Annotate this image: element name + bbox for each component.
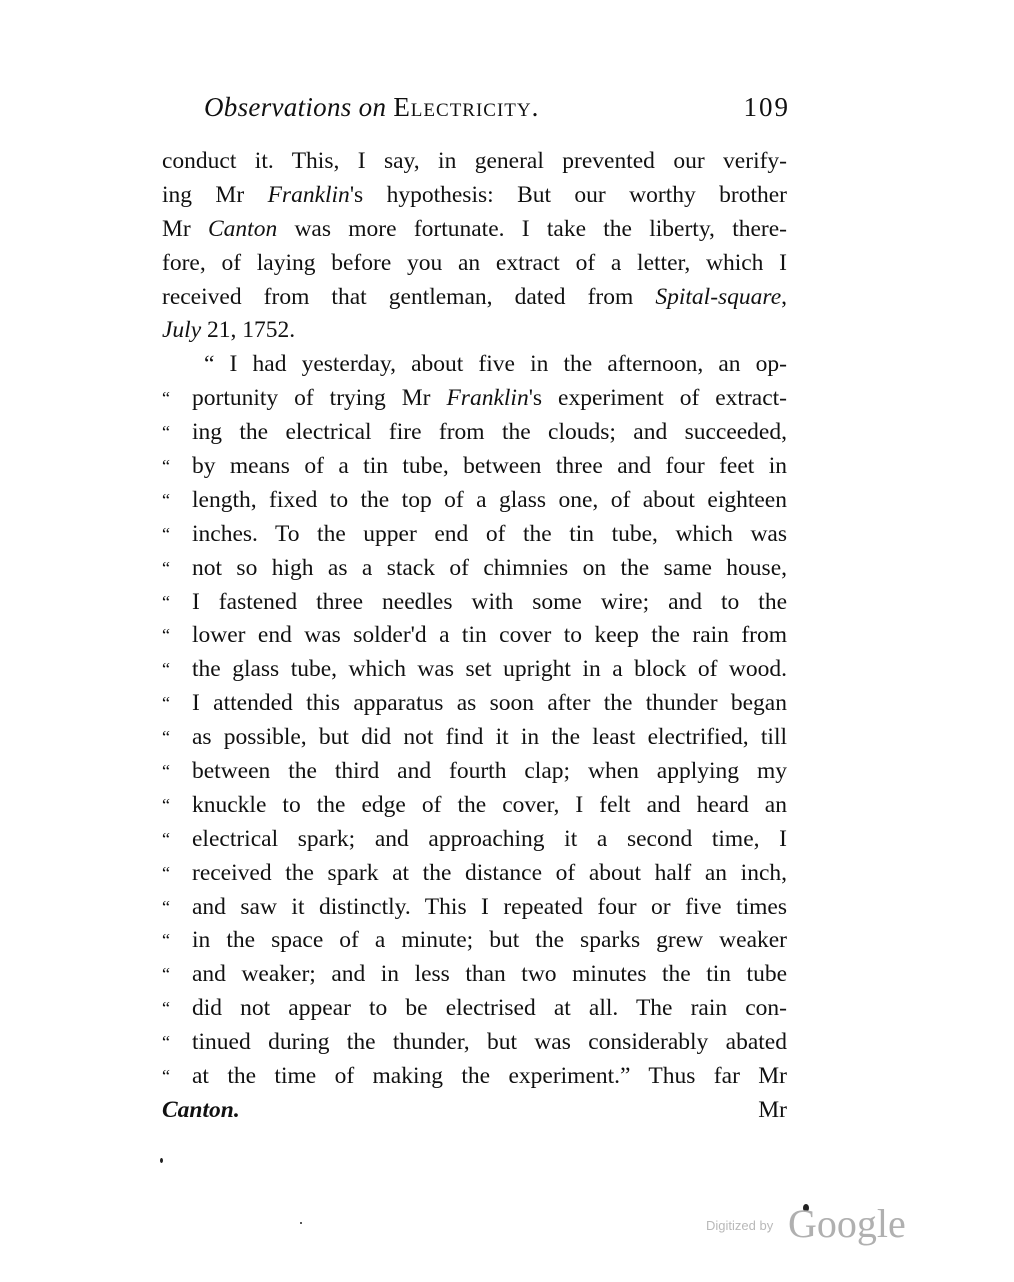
text-line: Mr Canton was more fortunate. I take the… [162,213,787,247]
closing-name: Canton. [162,1094,240,1128]
quote-line: “did not appear to be electrised at all.… [162,992,787,1026]
quote-line: “and saw it distinctly. This I repeated … [162,891,787,925]
running-head-caps: Electricity. [393,92,539,122]
running-head-italic: Observations on [204,92,386,122]
google-logo: Google [788,1200,906,1247]
quote-line: “tinued during the thunder, but was cons… [162,1026,787,1060]
page-header: Observations on Electricity. 109 [162,92,790,132]
date-line: July 21, 1752. [162,314,787,348]
digitized-by-label: Digitized by [706,1218,773,1233]
quote-line: “I attended this apparatus as soon after… [162,687,787,721]
quote-open-line: “ I had yesterday, about five in the aft… [162,348,787,382]
quote-line: “I fastened three needles with some wire… [162,586,787,620]
quote-line: “in the space of a minute; but the spark… [162,924,787,958]
quote-line: “the glass tube, which was set upright i… [162,653,787,687]
quote-line: “not so high as a stack of chimnies on t… [162,552,787,586]
quote-line: “at the time of making the experiment.” … [162,1060,787,1094]
quote-line: “knuckle to the edge of the cover, I fel… [162,789,787,823]
quote-line: “received the spark at the distance of a… [162,857,787,891]
quote-line: “ing the electrical fire from the clouds… [162,416,787,450]
text-line: conduct it. This, I say, in general prev… [162,145,787,179]
italic-name: Canton [208,216,277,242]
quote-line: “inches. To the upper end of the tin tub… [162,518,787,552]
quote-line: “as possible, but did not find it in the… [162,721,787,755]
book-page: Observations on Electricity. 109 conduct… [0,0,1014,1282]
quote-line: “by means of a tin tube, between three a… [162,450,787,484]
quote-line: “and weaker; and in less than two minute… [162,958,787,992]
closing-row: Canton. Mr [162,1094,787,1128]
quote-line: “electrical spark; and approaching it a … [162,823,787,857]
italic-name: Franklin [268,182,350,208]
text-line: ing Mr Franklin's hypothesis: But our wo… [162,179,787,213]
text-line: fore, of laying before you an extract of… [162,247,787,281]
quote-line: “lower end was solder'd a tin cover to k… [162,619,787,653]
catchword: Mr [758,1094,787,1128]
text-line: received from that gentleman, dated from… [162,281,787,315]
quote-line: “portunity of trying Mr Franklin's exper… [162,382,787,416]
quote-line: “length, fixed to the top of a glass one… [162,484,787,518]
italic-place: Spital-square [655,284,781,310]
body-text: conduct it. This, I say, in general prev… [162,145,787,1128]
ink-speck [160,1158,163,1163]
running-head: Observations on Electricity. [204,92,539,123]
page-number: 109 [744,92,791,123]
ink-speck [300,1222,302,1224]
quote-line: “between the third and fourth clap; when… [162,755,787,789]
